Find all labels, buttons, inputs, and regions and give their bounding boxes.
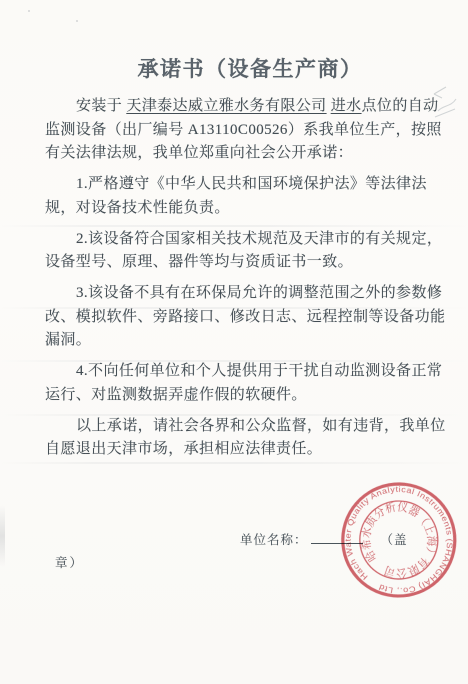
- page-title: 承诺书（设备生产商）: [0, 53, 468, 83]
- text-segment: 点位的自动: [362, 98, 439, 114]
- text-line: 1.严格遵守《中华人民共和国环境保护法》等法律法: [45, 173, 427, 197]
- text-segment: 以上承诺，请社会各界和公众监督，如有违背，我单位: [76, 418, 446, 434]
- document-page: 承诺书（设备生产商） 安装于 天津泰达威立雅水务有限公司 进水点位的自动监测设备…: [0, 0, 468, 684]
- scan-smudge: [0, 505, 5, 567]
- underlined-blank-text: 天津泰达威立雅水务有限公司: [126, 98, 326, 114]
- text-segment: 4.不向任何单位和个人提供用于干扰自动监测设备正常: [76, 363, 442, 379]
- unit-name-label: 单位名称：: [240, 533, 308, 547]
- pencil-scribble: [430, 84, 464, 124]
- seal-english-text: Hach Water Quality Analytical Instrument…: [335, 476, 463, 604]
- text-line: 3.该设备不具有在环保局允许的调整范围之外的参数修: [45, 282, 427, 306]
- text-segment: 监测设备（出厂编号 A13110C00526）系我单位生产，按照: [45, 122, 442, 138]
- company-seal-stamp: Hach Water Quality Analytical Instrument…: [324, 468, 468, 615]
- paragraph-item-1: 1.严格遵守《中华人民共和国环境保护法》等法律法规，对设备技术性能负责。: [45, 173, 427, 220]
- text-segment: 设备型号、原理、器件等均与资质证书一致。: [45, 254, 353, 270]
- text-segment: 1.严格遵守《中华人民共和国环境保护法》等法律法: [76, 176, 427, 192]
- seal-note-close: 章）: [55, 553, 84, 571]
- scan-speck: [76, 20, 78, 22]
- text-segment: 自愿退出天津市场，承担相应法律责任。: [45, 441, 322, 457]
- text-line: 安装于 天津泰达威立雅水务有限公司 进水点位的自动: [45, 95, 427, 119]
- paragraph-item-2: 2.该设备符合国家相关技术规范及天津市的有关规定，设备型号、原理、器件等均与资质…: [45, 228, 427, 275]
- text-segment: 运行、对监测数据弄虚作假的软硬件。: [45, 387, 307, 403]
- text-segment: 3.该设备不具有在环保局允许的调整范围之外的参数修: [76, 285, 442, 301]
- paragraph-item-3: 3.该设备不具有在环保局允许的调整范围之外的参数修改、模拟软件、旁路接口、修改日…: [45, 282, 427, 353]
- document-body: 安装于 天津泰达威立雅水务有限公司 进水点位的自动监测设备（出厂编号 A1311…: [45, 95, 427, 469]
- underlined-blank-text: 进水: [331, 98, 362, 114]
- text-line: 漏洞。: [45, 329, 427, 353]
- text-line: 以上承诺，请社会各界和公众监督，如有违背，我单位: [45, 415, 427, 439]
- paragraph-item-4: 4.不向任何单位和个人提供用于干扰自动监测设备正常运行、对监测数据弄虚作假的软硬…: [45, 360, 427, 407]
- text-line: 监测设备（出厂编号 A13110C00526）系我单位生产，按照: [45, 119, 427, 143]
- text-segment: 改、模拟软件、旁路接口、修改日志、远程控制等设备功能: [45, 309, 445, 325]
- text-segment: 2.该设备符合国家相关技术规范及天津市的有关规定，: [76, 231, 442, 247]
- text-line: 4.不向任何单位和个人提供用于干扰自动监测设备正常: [45, 360, 427, 384]
- text-line: 规，对设备技术性能负责。: [45, 197, 427, 221]
- scan-speck: [28, 10, 30, 12]
- text-segment: 有关法律法规，我单位郑重向社会公开承诺：: [45, 145, 353, 161]
- text-segment: 安装于: [76, 98, 126, 114]
- text-line: 有关法律法规，我单位郑重向社会公开承诺：: [45, 142, 427, 166]
- paragraph-closing: 以上承诺，请社会各界和公众监督，如有违背，我单位自愿退出天津市场，承担相应法律责…: [45, 415, 427, 462]
- text-line: 自愿退出天津市场，承担相应法律责任。: [45, 438, 427, 462]
- seal-outer-ring: [334, 475, 464, 605]
- text-line: 设备型号、原理、器件等均与资质证书一致。: [45, 251, 427, 275]
- text-segment: 规，对设备技术性能负责。: [45, 200, 230, 216]
- text-line: 2.该设备符合国家相关技术规范及天津市的有关规定，: [45, 228, 427, 252]
- paragraph-intro: 安装于 天津泰达威立雅水务有限公司 进水点位的自动监测设备（出厂编号 A1311…: [45, 95, 427, 166]
- text-line: 运行、对监测数据弄虚作假的软硬件。: [45, 384, 427, 408]
- text-segment: 漏洞。: [45, 332, 91, 348]
- text-line: 改、模拟软件、旁路接口、修改日志、远程控制等设备功能: [45, 306, 427, 330]
